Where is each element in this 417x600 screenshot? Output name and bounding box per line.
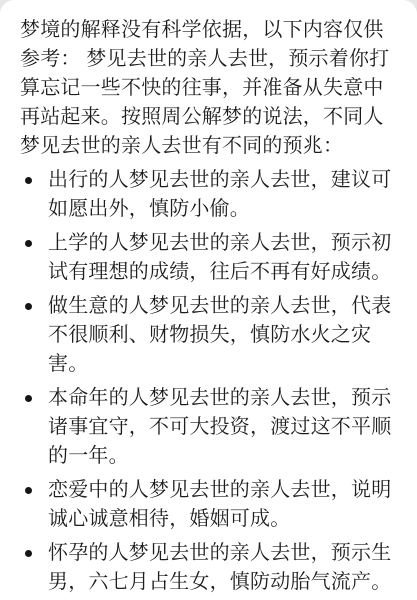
bullet-icon [25, 303, 32, 310]
list-item: 上学的人梦见去世的亲人去世，预示初 试有理想的成绩，往后不再有好成绩。 [20, 229, 399, 287]
list-item-text: 做生意的人梦见去世的亲人去世，代表 不很顺利、财物损失，慎防水火之灾 害。 [48, 292, 399, 379]
list-item: 怀孕的人梦见去世的亲人去世，预示生 男，六七月占生女，慎防动胎气流产。 [20, 539, 399, 597]
list-item-text: 恋爱中的人梦见去世的亲人去世，说明 诚心诚意相待，婚姻可成。 [48, 476, 399, 534]
list-item-text: 出行的人梦见去世的亲人去世，建议可 如愿出外，慎防小偷。 [48, 166, 399, 224]
list-item: 恋爱中的人梦见去世的亲人去世，说明 诚心诚意相待，婚姻可成。 [20, 476, 399, 534]
bullet-icon [25, 240, 32, 247]
dream-interpretation-page: 梦境的解释没有科学依据，以下内容仅供 参考： 梦见去世的亲人去世，预示着你打 算… [0, 0, 417, 600]
intro-paragraph: 梦境的解释没有科学依据，以下内容仅供 参考： 梦见去世的亲人去世，预示着你打 算… [20, 16, 399, 161]
list-item-text: 上学的人梦见去世的亲人去世，预示初 试有理想的成绩，往后不再有好成绩。 [48, 229, 399, 287]
bullet-icon [25, 550, 32, 557]
predictions-list: 出行的人梦见去世的亲人去世，建议可 如愿出外，慎防小偷。 上学的人梦见去世的亲人… [20, 166, 399, 597]
list-item: 出行的人梦见去世的亲人去世，建议可 如愿出外，慎防小偷。 [20, 166, 399, 224]
list-item-text: 本命年的人梦见去世的亲人去世，预示 诸事宜守，不可大投资，渡过这不平顺 的一年。 [48, 384, 399, 471]
list-item: 本命年的人梦见去世的亲人去世，预示 诸事宜守，不可大投资，渡过这不平顺 的一年。 [20, 384, 399, 471]
bullet-icon [25, 487, 32, 494]
bullet-icon [25, 177, 32, 184]
list-item-text: 怀孕的人梦见去世的亲人去世，预示生 男，六七月占生女，慎防动胎气流产。 [48, 539, 399, 597]
list-item: 做生意的人梦见去世的亲人去世，代表 不很顺利、财物损失，慎防水火之灾 害。 [20, 292, 399, 379]
bullet-icon [25, 395, 32, 402]
